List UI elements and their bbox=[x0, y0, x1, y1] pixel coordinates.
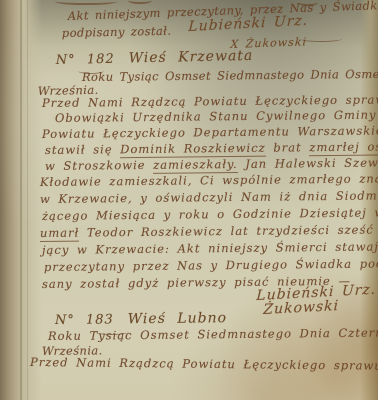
entry-182-number: N° 182 bbox=[56, 52, 115, 68]
entry-183-number: N° 183 bbox=[55, 312, 114, 328]
entry-182-line-9: w Krzewacie, y oświadczyli Nam iż dnia S… bbox=[40, 189, 378, 206]
entry-182-line-8: Kłodawie zamieszkali, Ci wspólnie zmarłe… bbox=[40, 172, 378, 189]
cut-off-text-fragment bbox=[128, 0, 152, 4]
entry-183-line-3: Przed Nami Rządzcą Powiatu Łęczyckiego s… bbox=[30, 356, 378, 373]
entry-182-line-7-seg-a: w Stroszkowie bbox=[45, 158, 153, 173]
entry-182-heading: N° 182Wieś Krzewata bbox=[56, 50, 254, 67]
entry-182-line-11-seg-b: Teodor Roszkiewicz lat trzydzieści sześć… bbox=[79, 222, 378, 239]
manuscript-page: Akt niniejszym przeczytany, przez Nas y … bbox=[0, 0, 378, 400]
entry-182-line-11: umarł Teodor Roszkiewicz lat trzydzieści… bbox=[40, 223, 378, 240]
entry-182-line-12: jący w Krzewacie: Akt niniejszy Śmierci … bbox=[42, 240, 378, 257]
entry-182-line-4: Obowiązki Urzędnika Stanu Cywilnego Gmin… bbox=[55, 108, 378, 125]
entry-182-line-5: Powiatu Łęczyckiego Departamentu Warszaw… bbox=[42, 124, 378, 141]
entry-183-heading: N° 183Wieś Lubno bbox=[55, 312, 227, 327]
entry-183-village: Wieś Lubno bbox=[128, 310, 227, 327]
previous-act-signature-official: Lubieński Urz. bbox=[188, 15, 308, 34]
entry-182-line-11-underlined-word: umarł bbox=[40, 226, 80, 242]
previous-act-line-2: podpisany został. bbox=[62, 25, 172, 40]
gutter-crease bbox=[20, 0, 22, 400]
entry-182-line-6: stawił się Dominik Roszkiewicz brat zmar… bbox=[45, 140, 378, 157]
entry-182-line-1: Roku Tysiąc Osmset Siedmnastego Dnia Osm… bbox=[82, 68, 378, 84]
entry-182-line-10: żącego Miesiąca y roku o Godzinie Dziesi… bbox=[42, 206, 378, 223]
entry-182-line-6-seg-a: stawił się bbox=[45, 142, 120, 157]
entry-182-line-7-underlined-word: zamieszkały. bbox=[153, 157, 238, 174]
entry-182-signature-witness: Żukowski bbox=[263, 300, 339, 317]
gutter-crease-2 bbox=[27, 0, 28, 400]
entry-182-line-6-underlined-name: Dominik Roszkiewicz bbox=[120, 141, 266, 159]
entry-182-line-6-underlined-phrase: zmarłej osoby bbox=[309, 139, 378, 156]
entry-182-line-13: przeczytany przez Nas y Drugiego Świadka… bbox=[44, 257, 378, 274]
entry-182-line-7: w Stroszkowie zamieszkały. Jan Halewski … bbox=[45, 156, 378, 173]
cut-off-text-fragment bbox=[55, 0, 117, 5]
entry-182-village: Wieś Krzewata bbox=[128, 48, 253, 67]
entry-182-line-6-seg-c: brat bbox=[266, 140, 310, 154]
entry-183-line-1: Roku Tysiąc Osmset Siedmnastego Dnia Czt… bbox=[48, 326, 378, 343]
entry-182-line-7-seg-c: Jan Halewski Szewc w bbox=[238, 155, 378, 171]
